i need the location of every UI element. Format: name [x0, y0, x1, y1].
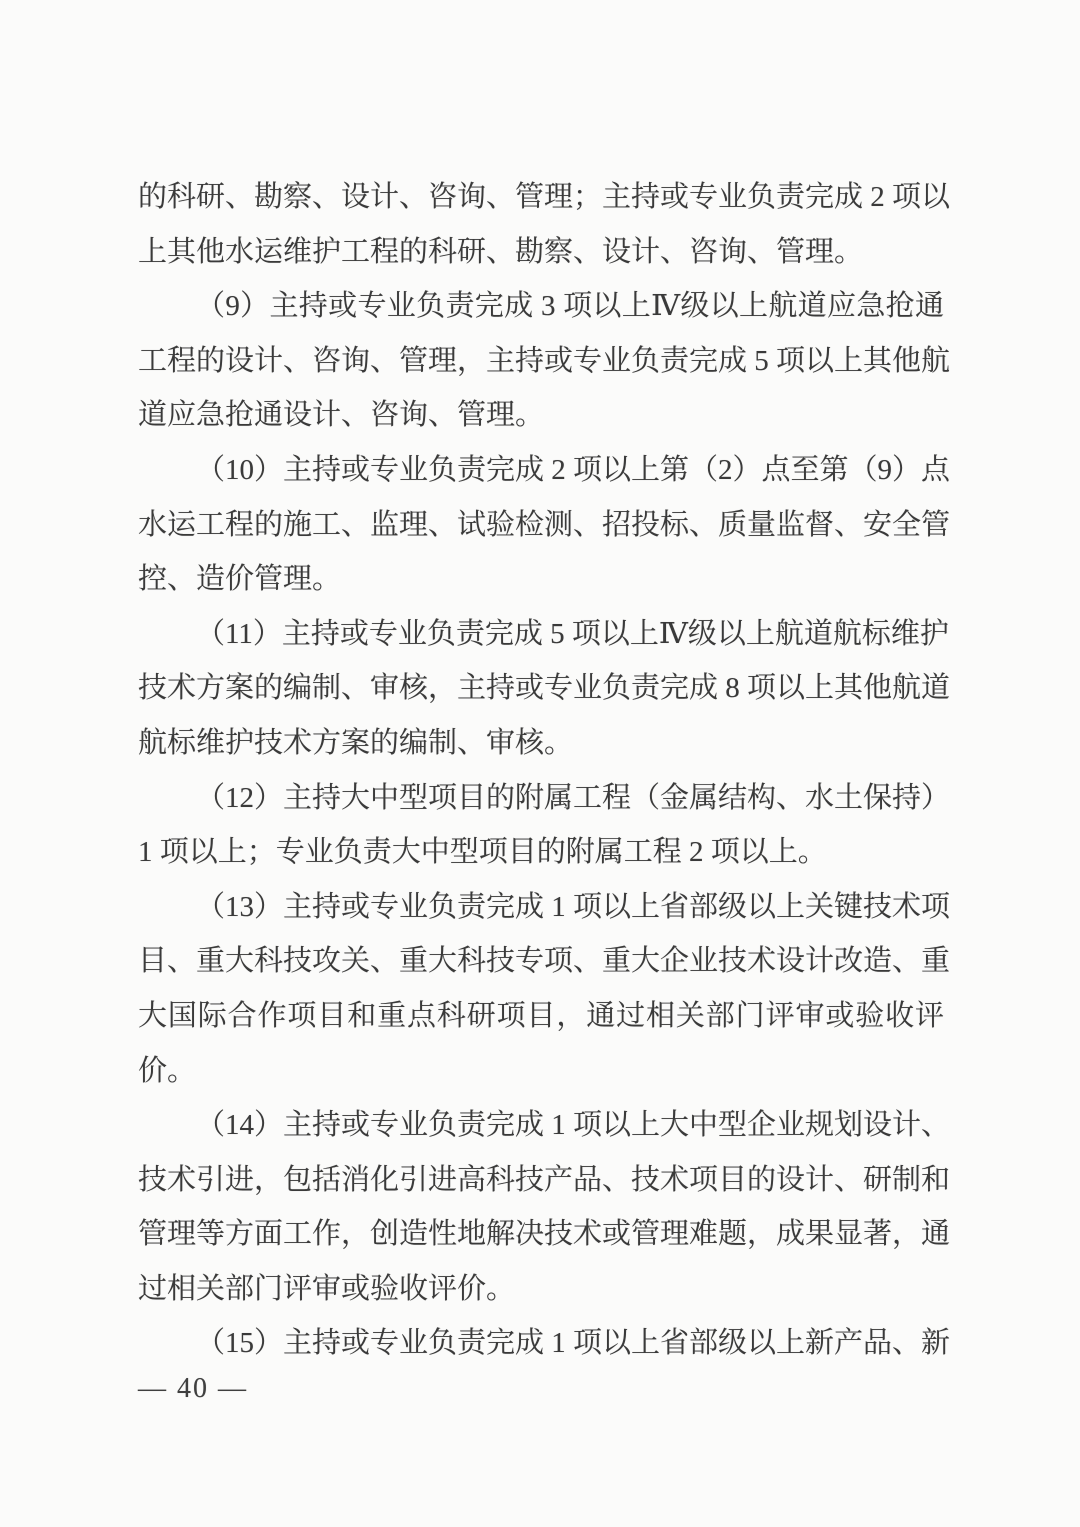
document-page: 的科研、勘察、设计、咨询、管理；主持或专业负责完成 2 项以上其他水运维护工程的… — [0, 0, 1080, 1527]
text-line: 上其他水运维护工程的科研、勘察、设计、咨询、管理。 — [138, 225, 944, 280]
text-line: （14）主持或专业负责完成 1 项以上大中型企业规划设计、 — [138, 1098, 944, 1153]
text-line: 道应急抢通设计、咨询、管理。 — [138, 388, 944, 443]
text-line: 管理等方面工作，创造性地解决技术或管理难题，成果显著，通 — [138, 1207, 944, 1262]
text-line: 航标维护技术方案的编制、审核。 — [138, 716, 944, 771]
text-line: 技术方案的编制、审核，主持或专业负责完成 8 项以上其他航道 — [138, 661, 944, 716]
text-line: （15）主持或专业负责完成 1 项以上省部级以上新产品、新 — [138, 1316, 944, 1371]
text-line: 技术引进，包括消化引进高科技产品、技术项目的设计、研制和 — [138, 1153, 944, 1208]
text-line: 的科研、勘察、设计、咨询、管理；主持或专业负责完成 2 项以 — [138, 170, 944, 225]
body-text: 的科研、勘察、设计、咨询、管理；主持或专业负责完成 2 项以上其他水运维护工程的… — [138, 170, 944, 1371]
text-line: （11）主持或专业负责完成 5 项以上Ⅳ级以上航道航标维护 — [138, 607, 944, 662]
text-line: 控、造价管理。 — [138, 552, 944, 607]
text-line: （13）主持或专业负责完成 1 项以上省部级以上关键技术项 — [138, 880, 944, 935]
text-line: （12）主持大中型项目的附属工程（金属结构、水土保持） — [138, 771, 944, 826]
text-line: 过相关部门评审或验收评价。 — [138, 1262, 944, 1317]
page-number: — 40 — — [138, 1373, 248, 1404]
text-line: （9）主持或专业负责完成 3 项以上Ⅳ级以上航道应急抢通 — [138, 279, 944, 334]
text-line: 目、重大科技攻关、重大科技专项、重大企业技术设计改造、重 — [138, 934, 944, 989]
text-line: 1 项以上；专业负责大中型项目的附属工程 2 项以上。 — [138, 825, 944, 880]
text-line: 工程的设计、咨询、管理，主持或专业负责完成 5 项以上其他航 — [138, 334, 944, 389]
page-footer: — 40 — — [138, 1372, 248, 1406]
text-line: 价。 — [138, 1044, 944, 1099]
text-line: （10）主持或专业负责完成 2 项以上第（2）点至第（9）点 — [138, 443, 944, 498]
text-line: 大国际合作项目和重点科研项目，通过相关部门评审或验收评 — [138, 989, 944, 1044]
text-line: 水运工程的施工、监理、试验检测、招投标、质量监督、安全管 — [138, 498, 944, 553]
